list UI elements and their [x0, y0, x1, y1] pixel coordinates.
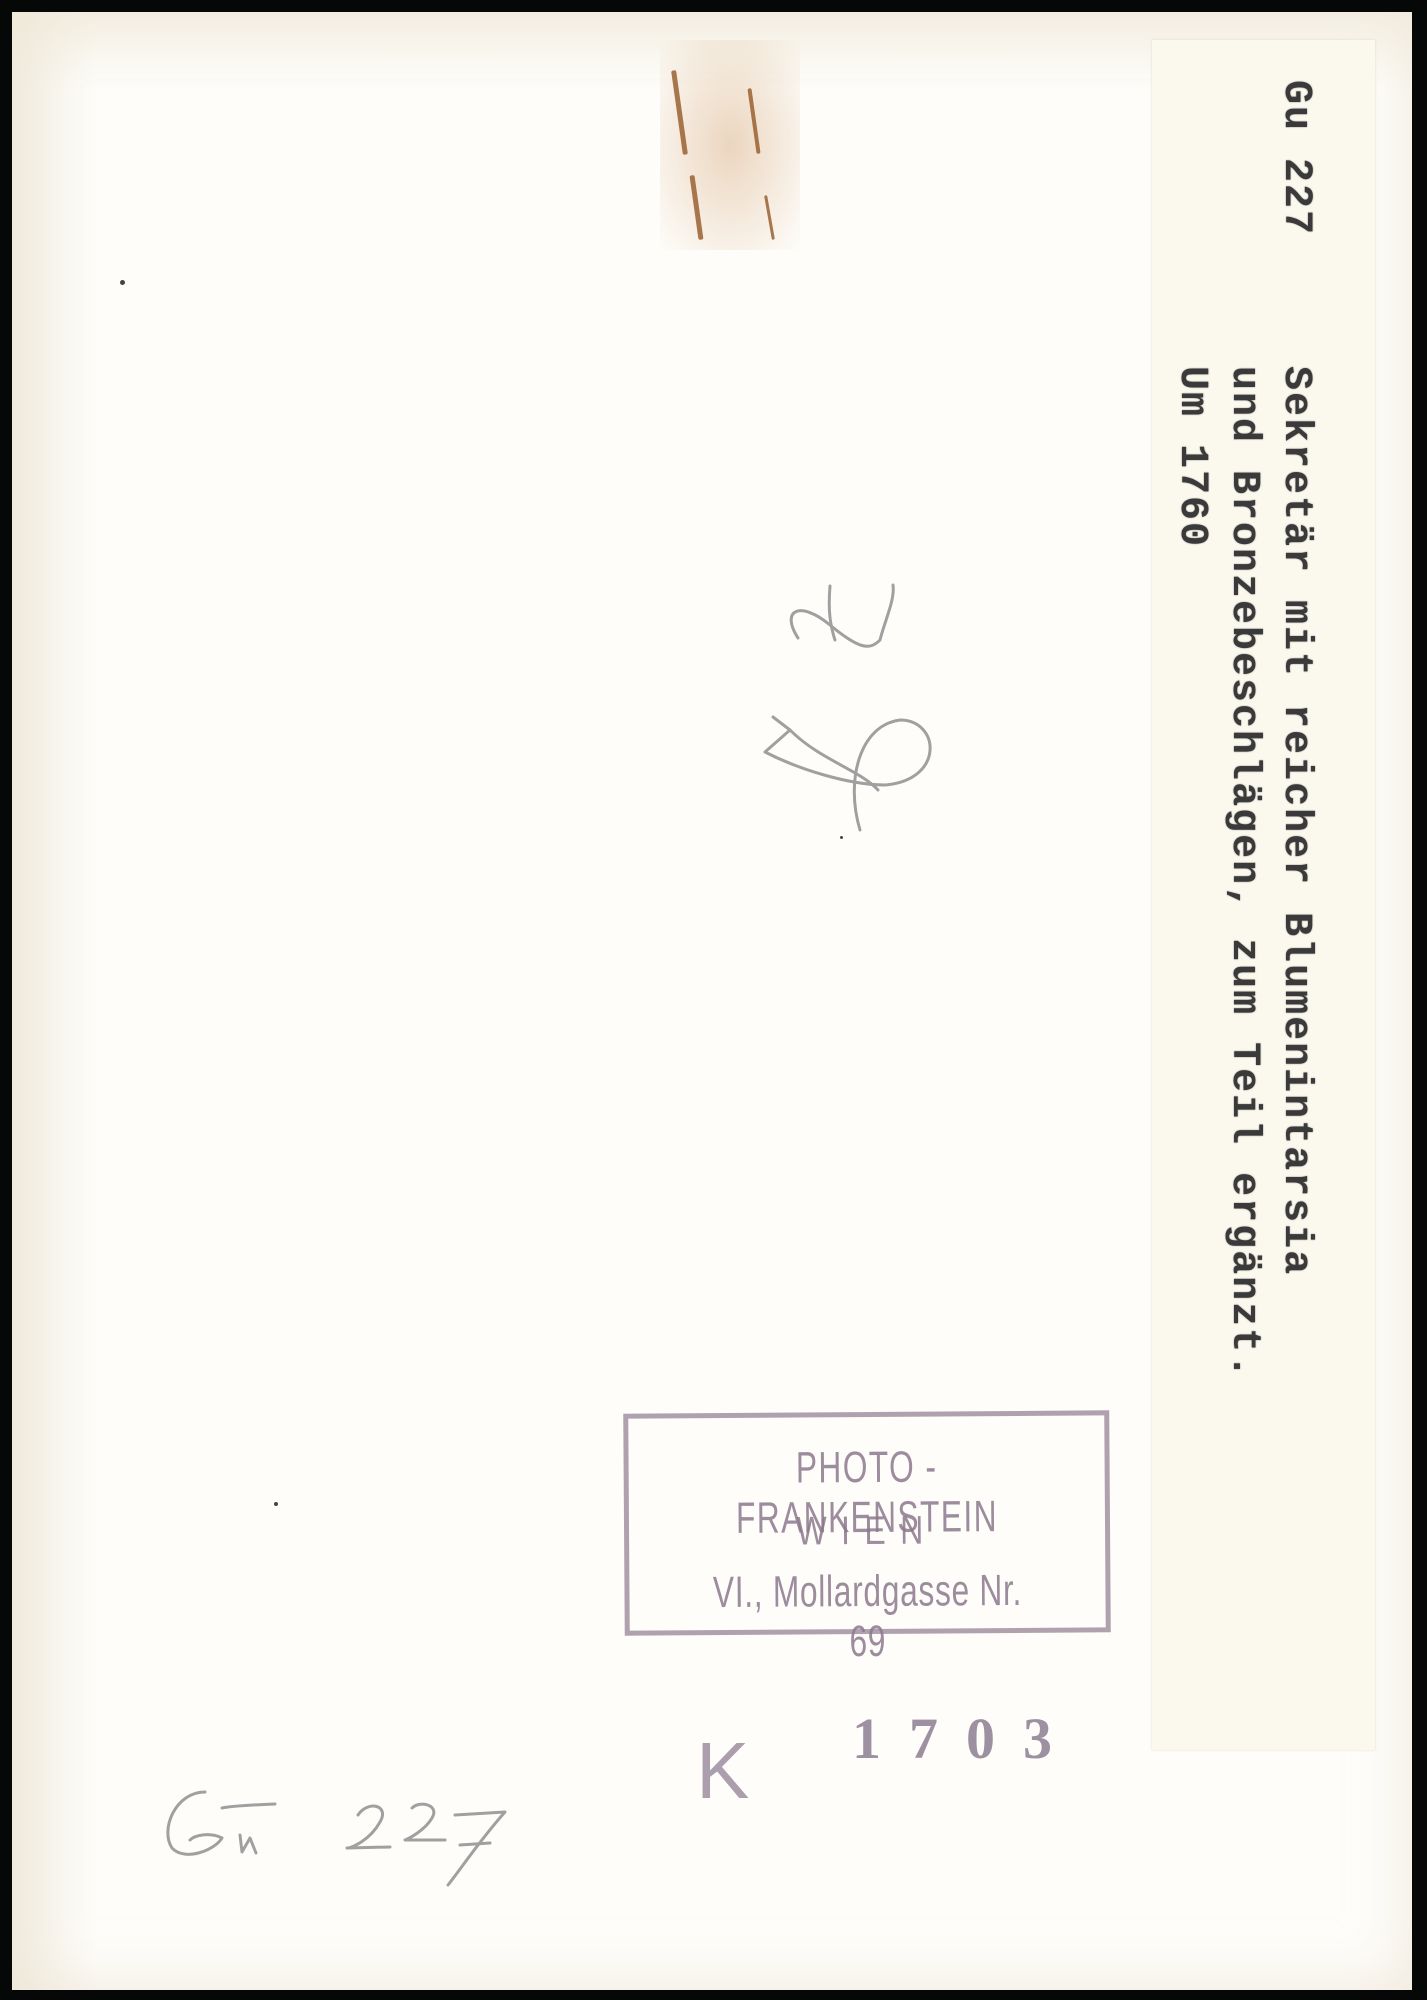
photographer-stamp: PHOTO - FRANKENSTEIN WIEN VI., Mollardga…	[623, 1410, 1111, 1635]
inventory-id: Gu 227	[1273, 80, 1318, 236]
stamp-address: VI., Mollardgasse Nr. 69	[696, 1566, 1039, 1668]
catalog-number: 1703	[852, 1705, 1080, 1772]
label-line-3: Um 1760	[1169, 366, 1214, 548]
label-line-2: und Bronzebeschlägen, zum Teil ergänzt.	[1221, 366, 1266, 1380]
catalog-prefix: K	[696, 1725, 749, 1817]
label-line-1: Sekretär mit reicher Blumenintarsia	[1273, 366, 1318, 1276]
paper-speck	[840, 836, 843, 839]
stamp-city: WIEN	[677, 1508, 1058, 1556]
paper-speck	[120, 280, 125, 285]
paper-speck	[274, 1502, 278, 1506]
